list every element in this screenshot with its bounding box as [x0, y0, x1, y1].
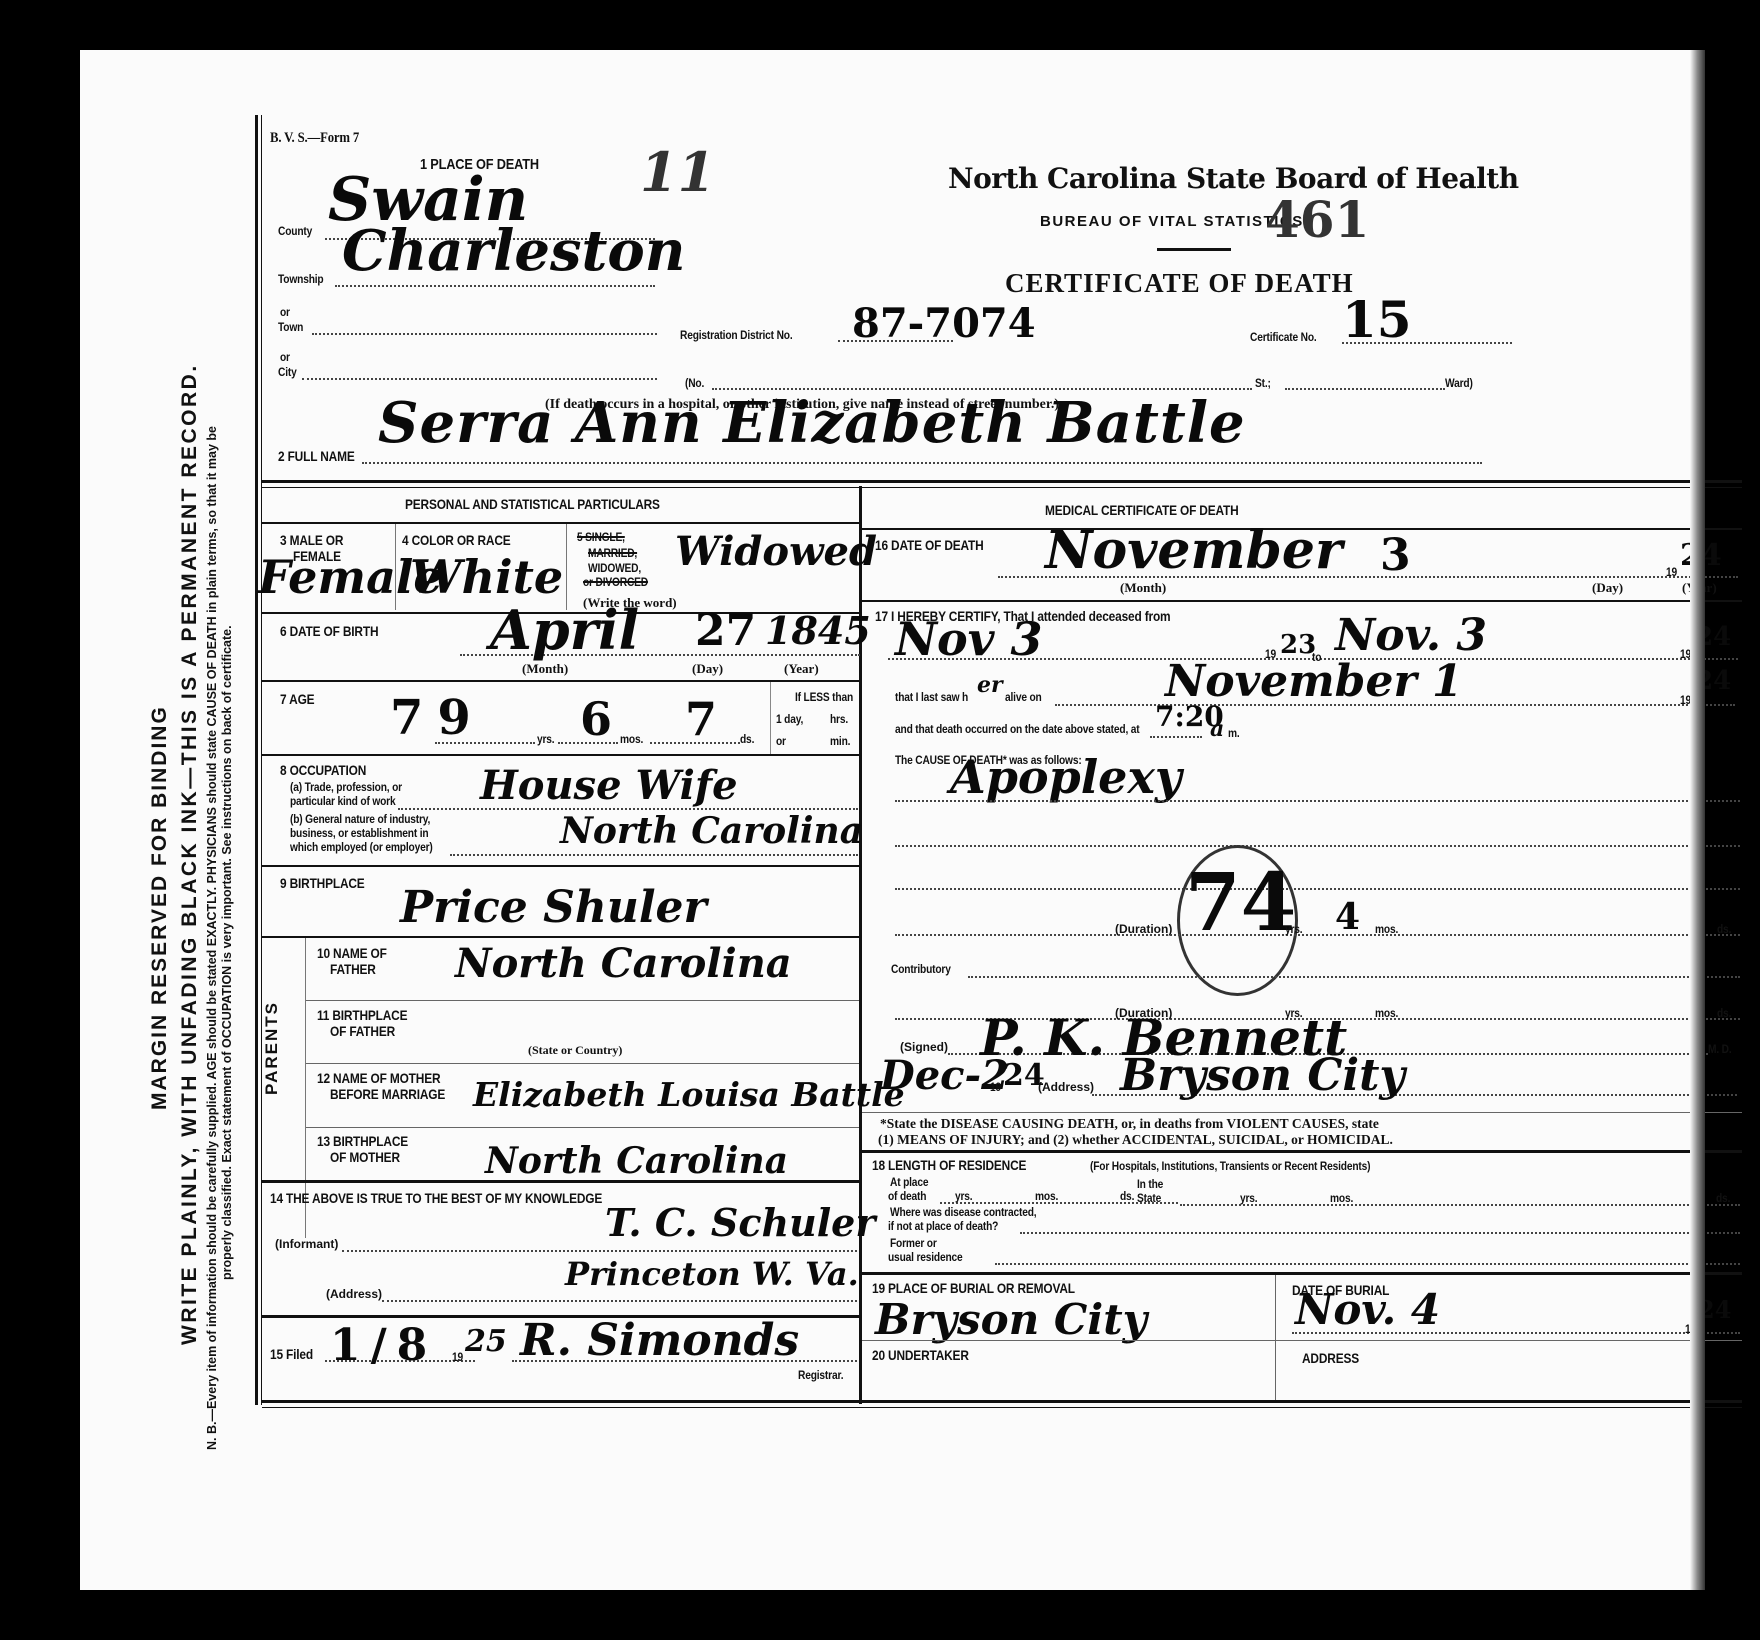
birthplace-label: 9 BIRTHPLACE [280, 875, 365, 891]
contributory-label: Contributory [891, 962, 951, 976]
agency-name: North Carolina State Board of Health [948, 162, 1519, 195]
time-line [1150, 736, 1202, 738]
bottom-rule-2 [262, 1407, 1742, 1408]
duration-yrs: yrs. [1285, 922, 1302, 936]
occurred-label: and that death occurred on the date abov… [895, 722, 1140, 736]
less-than-or: or [776, 734, 786, 748]
in-state-label: In the [1137, 1177, 1163, 1191]
undertaker-address-label: ADDRESS [1302, 1350, 1359, 1366]
at-place-label: At place [890, 1175, 928, 1189]
duration-ds: ds. [1717, 922, 1731, 936]
dod-month[interactable]: November [1045, 520, 1342, 581]
personal-heading: PERSONAL AND STATISTICAL PARTICULARS [405, 496, 660, 512]
certificate-title: CERTIFICATE OF DEATH [1005, 268, 1354, 299]
title-divider [1157, 248, 1231, 251]
last-saw-pronoun[interactable]: er [977, 672, 1003, 698]
cause-line-2 [895, 845, 1740, 847]
row-rule [862, 1112, 1742, 1113]
dod-day[interactable]: 3 [1380, 530, 1411, 581]
mother-bp-label-2: OF MOTHER [330, 1149, 400, 1165]
father-name-label: 10 NAME OF [317, 945, 387, 961]
occ-a-label-2: particular kind of work [290, 794, 395, 808]
in-state-yrs: yrs. [1240, 1191, 1257, 1205]
contributory-ds: ds. [1717, 1006, 1731, 1020]
cause-line-1 [895, 800, 1740, 802]
instructions-note-2: properly classified. Exact statement of … [220, 625, 234, 1280]
occ-a-label: (a) Trade, profession, or [290, 780, 402, 794]
at-place-yrs: yrs. [955, 1189, 972, 1203]
age-days-line [650, 742, 740, 744]
margin-reserved-text: MARGIN RESERVED FOR BINDING [148, 705, 172, 1110]
in-state-line [1180, 1204, 1740, 1206]
informant-line [342, 1250, 857, 1252]
street-no-label: (No. [685, 376, 704, 390]
age-years-line [435, 742, 535, 744]
reg-district-label: Registration District No. [680, 328, 793, 342]
occ-a-value[interactable]: House Wife [480, 762, 738, 809]
father-name-value[interactable]: North Carolina [455, 940, 792, 987]
full-name-value[interactable]: Serra Ann Elizabeth Battle [378, 390, 1246, 456]
dod-year-prefix: 19 [1666, 565, 1677, 579]
sex-label: 3 MALE OR [280, 532, 343, 548]
contributory-line [968, 976, 1740, 978]
burial-place-value[interactable]: Bryson City [875, 1295, 1147, 1344]
corner-mark: 11 [640, 140, 715, 204]
marital-option-married: MARRIED, [588, 546, 637, 560]
residence-note: (For Hospitals, Institutions, Transients… [1090, 1159, 1370, 1173]
full-name-line [362, 462, 1482, 464]
filed-year-prefix: 19 [452, 1350, 463, 1364]
row-rule [262, 522, 859, 524]
occ-b-label-3: which employed (or employer) [290, 840, 433, 854]
row-rule [862, 1150, 1742, 1153]
row-rule [262, 865, 859, 867]
full-name-label: 2 FULL NAME [278, 448, 355, 464]
father-bp-label-2: OF FATHER [330, 1023, 395, 1039]
town-line [312, 333, 657, 335]
m-label: m. [1228, 726, 1240, 740]
occupation-label: 8 OCCUPATION [280, 762, 366, 778]
occ-b-value[interactable]: North Carolina [560, 810, 863, 852]
father-bp-label: 11 BIRTHPLACE [317, 1007, 407, 1023]
cause-line-3 [895, 888, 1740, 890]
footnote-1: *State the DISEASE CAUSING DEATH, or, in… [880, 1116, 1379, 1132]
row-rule [306, 1000, 859, 1001]
informant-address-line [382, 1300, 857, 1302]
less-than-day: 1 day, [776, 712, 803, 726]
form-left-border-inner [261, 115, 262, 1405]
form-left-border [255, 115, 258, 1405]
town-label: Town [278, 320, 303, 334]
contracted-label-2: if not at place of death? [888, 1219, 998, 1233]
at-place-ds: ds. [1120, 1189, 1134, 1203]
paper-right-edge [1690, 50, 1705, 1590]
age-months-line [558, 742, 618, 744]
informant-address-label: (Address) [326, 1287, 382, 1301]
dob-month[interactable]: April [490, 598, 639, 662]
row-rule [262, 936, 859, 938]
physician-address-label: (Address) [1038, 1080, 1094, 1094]
age-ds: ds. [740, 732, 754, 746]
age-mos: mos. [620, 732, 643, 746]
duration-months[interactable]: 4 [1335, 896, 1360, 938]
age-yrs: yrs. [537, 732, 554, 746]
at-place-label-2: of death [888, 1189, 926, 1203]
county-label: County [278, 224, 312, 238]
race-value[interactable]: White [410, 550, 563, 604]
street-st-label: St.; [1255, 376, 1271, 390]
burial-date-value[interactable]: Nov. 4 [1295, 1285, 1440, 1334]
filed-year[interactable]: 25 [465, 1324, 507, 1359]
mother-name-value[interactable]: Elizabeth Louisa Battle [473, 1075, 905, 1114]
filed-date[interactable]: 1/8 [330, 1320, 437, 1371]
ward-label: Ward) [1445, 376, 1473, 390]
in-state-ds: ds. [1716, 1191, 1730, 1205]
marital-option-divorced: or DIVORCED [583, 575, 648, 589]
last-saw-label: that I last saw h [895, 690, 968, 704]
stamp-number: 461 [1265, 190, 1369, 249]
filed-label: 15 Filed [270, 1346, 313, 1362]
city-or: or [280, 350, 290, 364]
contributory-mos: mos. [1375, 1006, 1398, 1020]
attended-from[interactable]: Nov 3 [895, 612, 1042, 666]
less-than-label: If LESS than [795, 690, 853, 704]
certificate-no-label: Certificate No. [1250, 330, 1317, 344]
former-label-2: usual residence [888, 1250, 963, 1264]
ward-line [1285, 388, 1445, 390]
contracted-line [1020, 1232, 1740, 1234]
row-rule [262, 1180, 859, 1183]
age-months[interactable]: 6 [580, 692, 612, 746]
section-rule [262, 480, 1742, 483]
death-certificate: MARGIN RESERVED FOR BINDING WRITE PLAINL… [80, 50, 1705, 1590]
medical-heading: MEDICAL CERTIFICATE OF DEATH [1045, 502, 1239, 518]
row-rule [862, 1272, 1742, 1275]
row-rule [306, 1127, 859, 1128]
occ-b-label: (b) General nature of industry, [290, 812, 430, 826]
form-id: B. V. S.—Form 7 [270, 130, 359, 147]
mother-name-label-2: BEFORE MARRIAGE [330, 1086, 445, 1102]
row-rule [306, 1063, 859, 1064]
city-label: City [278, 365, 297, 379]
cause-value[interactable]: Apoplexy [950, 750, 1182, 804]
duration-mos: mos. [1375, 922, 1398, 936]
age-years[interactable]: 79 [390, 690, 485, 746]
physician-address[interactable]: Bryson City [1120, 1050, 1405, 1101]
last-saw-label-2: alive on [1005, 690, 1042, 704]
in-state-mos: mos. [1330, 1191, 1353, 1205]
certificate-no-value[interactable]: 15 [1342, 290, 1412, 349]
marital-option-single: 5 SINGLE, [577, 530, 625, 544]
informant-heading: 14 THE ABOVE IS TRUE TO THE BEST OF MY K… [270, 1190, 602, 1206]
bottom-rule [262, 1400, 1742, 1403]
residence-heading: 18 LENGTH OF RESIDENCE [872, 1157, 1026, 1173]
age-label: 7 AGE [280, 691, 314, 707]
at-place-mos: mos. [1035, 1189, 1058, 1203]
burial-place-label: 19 PLACE OF BURIAL OR REMOVAL [872, 1280, 1075, 1296]
marital-value[interactable]: Widowed [675, 528, 877, 575]
father-bp-hint: (State or Country) [528, 1043, 622, 1058]
cell-divider [770, 682, 771, 754]
reg-district-value[interactable]: 87-7074 [852, 300, 1036, 347]
burial-divider [1275, 1275, 1276, 1400]
town-or: or [280, 305, 290, 319]
md-label: M. D. [1708, 1042, 1732, 1056]
mother-name-label: 12 NAME OF MOTHER [317, 1070, 440, 1086]
dob-year-hint: (Year) [784, 661, 819, 677]
registrar-signature[interactable]: R. Simonds [520, 1315, 799, 1366]
less-than-min: min. [830, 734, 850, 748]
dod-day-hint: (Day) [1592, 580, 1623, 596]
instructions-note: N. B.—Every item of information should b… [205, 426, 219, 1450]
footnote-2: (1) MEANS OF INJURY; and (2) whether ACC… [878, 1132, 1393, 1148]
parents-side-label: PARENTS [262, 1001, 282, 1095]
former-label: Former or [890, 1236, 937, 1250]
father-name-label-2: FATHER [330, 961, 376, 977]
dob-label: 6 DATE OF BIRTH [280, 623, 378, 639]
occ-b-label-2: business, or establishment in [290, 826, 428, 840]
signed-year-prefix: 19 [990, 1080, 1001, 1094]
less-than-hrs: hrs. [830, 712, 848, 726]
informant-label: (Informant) [275, 1237, 338, 1251]
contracted-label: Where was disease contracted, [890, 1205, 1036, 1219]
death-ampm[interactable]: a [1210, 716, 1224, 742]
informant-address-value[interactable]: Princeton W. Va. [565, 1255, 859, 1293]
city-line [302, 378, 657, 380]
duration-line [895, 934, 1740, 936]
race-label: 4 COLOR OR RACE [402, 532, 511, 548]
write-plainly-text: WRITE PLAINLY, WITH UNFADING BLACK INK—T… [178, 363, 202, 1345]
informant-value[interactable]: T. C. Schuler [605, 1200, 875, 1245]
age-days[interactable]: 7 [685, 692, 717, 746]
former-line [995, 1263, 1740, 1265]
dob-day[interactable]: 27 [695, 605, 756, 656]
cell-divider [395, 524, 396, 610]
mother-bp-value[interactable]: North Carolina [485, 1140, 788, 1182]
in-state-label-2: State [1137, 1191, 1161, 1205]
township-value[interactable]: Charleston [342, 218, 685, 284]
row-rule [862, 1340, 1742, 1341]
birthplace-value[interactable]: Price Shuler [400, 882, 707, 933]
section-rule-2 [262, 487, 1742, 488]
undertaker-label: 20 UNDERTAKER [872, 1347, 969, 1363]
township-line [335, 285, 655, 287]
row-rule [862, 600, 1742, 602]
dob-month-hint: (Month) [522, 661, 568, 677]
dod-label: 16 DATE OF DEATH [875, 537, 984, 553]
registrar-label: Registrar. [798, 1368, 843, 1382]
dod-month-hint: (Month) [1120, 580, 1166, 596]
township-label: Township [278, 272, 323, 286]
dob-day-hint: (Day) [692, 661, 723, 677]
attended-to[interactable]: Nov. 3 [1335, 610, 1487, 661]
dob-year[interactable]: 1845 [765, 608, 871, 653]
mother-bp-label: 13 BIRTHPLACE [317, 1133, 408, 1149]
row-rule [262, 754, 859, 756]
marital-option-widowed: WIDOWED, [588, 561, 641, 575]
occ-b-line [450, 854, 858, 856]
